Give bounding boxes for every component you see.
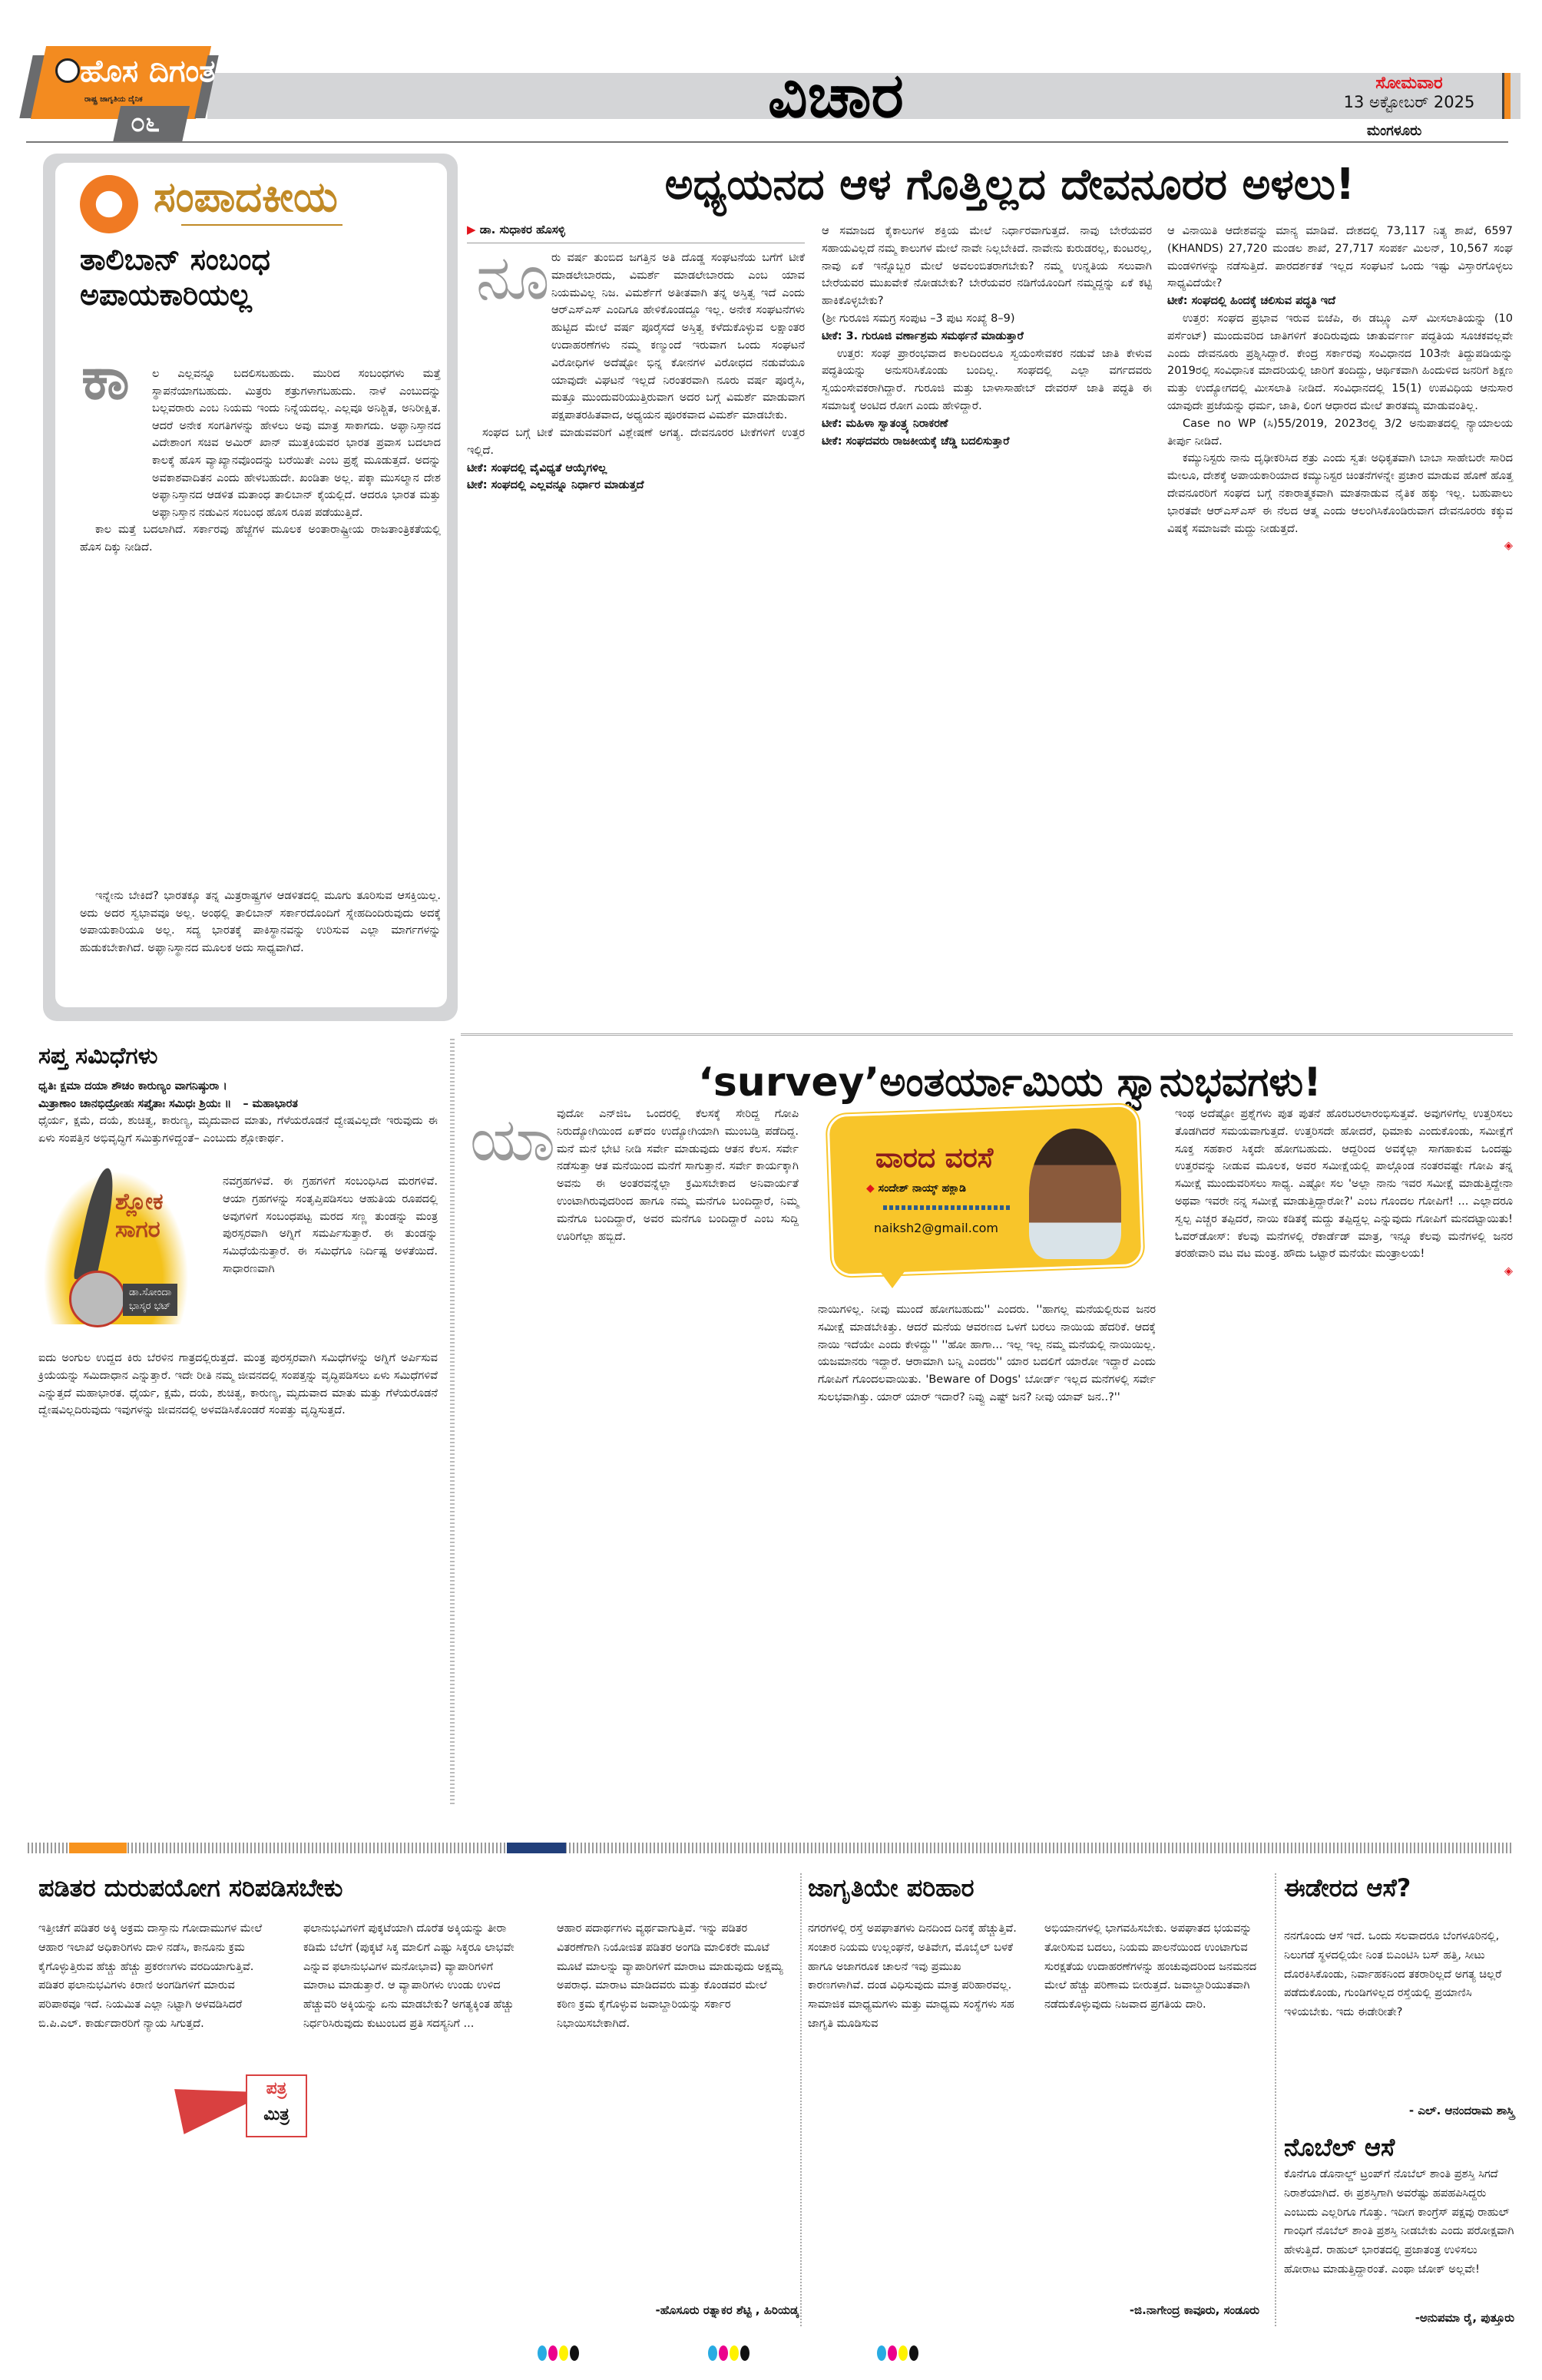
end-mark-icon: ◈ <box>1504 1265 1513 1278</box>
author-name: ಸಂದೇಶ್ ನಾಯ್ಕ್ ಹಕ್ಲಾಡಿ <box>879 1182 966 1195</box>
ornament-divider <box>181 224 342 226</box>
column-box-label: ವಾರದ ವರಸೆ <box>875 1142 993 1175</box>
paragraph: ಉತ್ತರ: ಸಂಘ ಪ್ರಾರಂಭವಾದ ಕಾಲದಿಂದಲೂ ಸ್ವಯಂಸೇವ… <box>822 345 1152 415</box>
survey-headline: ‘survey’ಅಂತರ್ಯಾಮಿಯ ಸ್ವಾನುಭವಗಳು! <box>499 1059 1520 1106</box>
editorial-headline: ತಾಲಿಬಾನ್ ಸಂಬಂಧ ಅಪಾಯಕಾರಿಯಲ್ಲ <box>80 242 441 312</box>
strip-orange-block <box>69 1843 127 1853</box>
main-column-2: ಆ ಸಮಾಜದ ಕೈಕಾಲುಗಳ ಶಕ್ತಿಯ ಮೇಲೆ ನಿರ್ಧಾರವಾಗು… <box>822 223 1152 450</box>
letter-column: ಕೊನೆಗೂ ಡೊನಾಲ್ಡ್ ಟ್ರಂಪ್‌ಗೆ ನೊಬೆಲ್ ಶಾಂತಿ ಪ… <box>1284 2165 1514 2279</box>
subhead: ಟೀಕೆ: ಸಂಘದವರು ರಾಜಕೀಯಕ್ಕೆ ಚೆಡ್ಡಿ ಬದಲಿಸುತ್… <box>822 433 1152 451</box>
letter-signature: -ಜಿ.ನಾಗೇಂದ್ರ ಕಾವೂರು, ಸಂಡೂರು <box>1014 2303 1259 2317</box>
cmyk-registration-mark <box>877 2345 918 2361</box>
letter-headline: ನೊಬೆಲ್ ಆಸೆ <box>1284 2133 1395 2163</box>
paragraph: ಆ ವಿನಾಯಿತಿ ಆದೇಶವನ್ನು ಮಾನ್ಯ ಮಾಡಿವೆ. ದೇಶದಲ… <box>1167 223 1513 293</box>
paragraph: Case no WP (ಸಿ)55/2019, 2023ರಲ್ಲಿ 3/2 ಅನ… <box>1167 415 1513 451</box>
bubble-tail <box>875 1265 909 1288</box>
magenta-dot <box>888 2345 897 2361</box>
editorial-drop-cap: ಕಾ <box>81 344 130 414</box>
column-box-author: ◆ ಸಂದೇಶ್ ನಾಯ್ಕ್ ಹಕ್ಲಾಡಿ <box>866 1182 966 1195</box>
bullet-icon: ◆ <box>866 1182 875 1195</box>
cyan-dot <box>538 2345 547 2361</box>
byline-marker-icon: ▶ <box>467 223 476 236</box>
letter-signature: - ಎಲ್. ಆನಂದರಾಮ ಶಾಸ್ತ್ರಿ <box>1284 2104 1514 2117</box>
shloka-body-text: ಐದು ಅಂಗುಲ ಉದ್ದದ ಕಿರು ಬೆರಳಿನ ಗಾತ್ರದಲ್ಲಿರು… <box>38 1350 438 1420</box>
column-divider <box>1275 1873 1276 2326</box>
author-photo <box>69 1271 126 1327</box>
citation: (ಶ್ರೀ ಗುರೂಜಿ ಸಮಗ್ರ ಸಂಪುಟ –3 ಪುಟ ಸಂಖ್ಯೆ 8… <box>822 310 1152 328</box>
editorial-emblem-icon <box>80 175 138 233</box>
yellow-dot <box>898 2345 908 2361</box>
survey-column-1: ವುದೋ ಎನ್‌ಜಿಒ ಒಂದರಲ್ಲಿ ಕೆಲಸಕ್ಕೆ ಸೇರಿದ್ದ ಗ… <box>468 1106 799 1245</box>
date: 13 ಅಕ್ಟೋಬರ್ 2025 <box>1321 93 1497 112</box>
black-dot <box>570 2345 579 2361</box>
masthead-rule <box>26 141 1508 143</box>
main-column-3: ಆ ವಿನಾಯಿತಿ ಆದೇಶವನ್ನು ಮಾನ್ಯ ಮಾಡಿವೆ. ದೇಶದಲ… <box>1167 223 1513 555</box>
verse-source: – ಮಹಾಭಾರತ <box>243 1098 298 1110</box>
main-headline: ಅಧ್ಯಯನದ ಆಳ ಗೊತ್ತಿಲ್ಲದ ದೇವನೂರರ ಅಳಲು! <box>499 160 1520 210</box>
black-dot <box>909 2345 918 2361</box>
editorial-paragraph: ಇನ್ನೇನು ಬೇಕಿದೆ? ಭಾರತಕ್ಕೂ ತನ್ನ ಮಿತ್ರರಾಷ್ಟ… <box>80 888 441 957</box>
paragraph: ಉತ್ತರ: ಸಂಘದ ಪ್ರಭಾವ ಇರುವ ಬಿಜೆಪಿ, ಈ ಡಬ್ಲ್ಯ… <box>1167 310 1513 415</box>
shloka-column-label: ಶ್ಲೋಕ ಸಾಗರ <box>115 1188 164 1244</box>
survey-column-2: ನಾಯಿಗಳಿಲ್ಲ. ನೀವು ಮುಂದೆ ಹೋಗಬಹುದು'' ಎಂದರು.… <box>818 1301 1156 1407</box>
shloka-title: ಸಪ್ತ ಸಮಿಧೆಗಳು <box>38 1043 157 1069</box>
paragraph: ಕಮ್ಯುನಿಸ್ಟರು ನಾನು ದೃಢೀಕರಿಸಿದ ಶತ್ರು ಎಂದು … <box>1167 450 1513 537</box>
black-dot <box>740 2345 749 2361</box>
paper-tagline: ರಾಷ್ಟ್ರ ಜಾಗೃತಿಯ ದೈನಿಕ <box>84 95 143 104</box>
shloka-author: ಡಾ.ಸೋಂದಾ ಭಾಸ್ಕರ ಭಟ್ <box>123 1284 177 1316</box>
column-divider <box>800 1873 802 2326</box>
date-accent-bar <box>1502 73 1511 119</box>
section-strip <box>28 1843 1514 1853</box>
author-line-2: ಭಾಸ್ಕರ ಭಟ್ <box>129 1300 171 1314</box>
label-line-2: ಮಿತ್ರ <box>247 2102 306 2128</box>
letters-column-label: ಪತ್ರ ಮಿತ್ರ <box>246 2074 307 2137</box>
editorial-label: ಸಂಪಾದಕೀಯ <box>154 173 338 222</box>
label-line-1: ಶ್ಲೋಕ <box>115 1188 164 1216</box>
letter-signature: -ಅನುಪಮಾ ರೈ, ಪುತ್ತೂರು <box>1284 2311 1514 2325</box>
paper-name: ಹೊಸ ದಿಗಂತ <box>80 54 215 89</box>
author-line-1: ಡಾ.ಸೋಂದಾ <box>129 1286 171 1300</box>
paragraph: ಇಂಥ ಅದೆಷ್ಟೋ ಪ್ರಶ್ನೆಗಳು ಪುತ ಪುತನೆ ಹೊರಬರಲಾ… <box>1175 1106 1513 1263</box>
dateline: ಸೋಮವಾರ 13 ಅಕ್ಟೋಬರ್ 2025 <box>1321 74 1497 112</box>
paper-emblem-icon <box>55 58 80 83</box>
yellow-dot <box>559 2345 568 2361</box>
end-mark-icon: ◈ <box>1504 540 1513 552</box>
page-number: ೦೬ <box>131 107 160 138</box>
letter-column: ಇತ್ತೀಚೆಗೆ ಪಡಿತರ ಅಕ್ಕಿ ಅಕ್ರಮ ದಾಸ್ತಾನು ಗೋದ… <box>38 1919 273 2034</box>
verse-meaning: ಧೈರ್ಯ, ಕ್ಷಮೆ, ದಯೆ, ಶುಚಿತ್ವ, ಕಾರುಣ್ಯ, ಮೃದ… <box>38 1112 438 1147</box>
paragraph: ವುದೋ ಎನ್‌ಜಿಒ ಒಂದರಲ್ಲಿ ಕೆಲಸಕ್ಕೆ ಸೇರಿದ್ದ ಗ… <box>468 1106 799 1245</box>
letter-column: ನನಗೊಂದು ಆಸೆ ಇದೆ. ಒಂದು ಸಲವಾದರೂ ಬೆಂಗಳೂರಿನಲ… <box>1284 1927 1514 2022</box>
strip-blue-block <box>507 1843 566 1853</box>
author-email[interactable]: naiksh2@gmail.com <box>874 1221 998 1235</box>
shloka-verse: ಧೃತಿಃ ಕ್ಷಮಾ ದಯಾ ಶೌಚಂ ಕಾರುಣ್ಯಂ ವಾಗನಿಷ್ಠುರ… <box>38 1078 438 1147</box>
column-divider <box>450 1036 455 1804</box>
letter-column: ಫಲಾನುಭವಿಗಳಿಗೆ ಪುಕ್ಕಟೆಯಾಗಿ ದೊರೆತ ಅಕ್ಕಿಯನ್… <box>303 1919 526 2034</box>
edition-city: ಮಂಗಳೂರು <box>1367 123 1421 139</box>
subhead: ಟೀಕೆ: 3. ಗುರೂಜಿ ವರ್ಣಾಶ್ರಮ ಸಮರ್ಥನೆ ಮಾಡುತ್… <box>822 328 1152 345</box>
paragraph: ಆ ಸಮಾಜದ ಕೈಕಾಲುಗಳ ಶಕ್ತಿಯ ಮೇಲೆ ನಿರ್ಧಾರವಾಗು… <box>822 223 1152 310</box>
survey-column-3: ಇಂಥ ಅದೆಷ್ಟೋ ಪ್ರಶ್ನೆಗಳು ಪುತ ಪುತನೆ ಹೊರಬರಲಾ… <box>1175 1106 1513 1281</box>
paragraph: ನಾಯಿಗಳಿಲ್ಲ. ನೀವು ಮುಂದೆ ಹೋಗಬಹುದು'' ಎಂದರು.… <box>818 1301 1156 1407</box>
subhead: ಟೀಕೆ: ಸಂಘದಲ್ಲಿ ವೈವಿಧ್ಯತೆ ಆಯ್ಕೆಗಳಿಲ್ಲ <box>467 460 805 478</box>
author-photo <box>1029 1129 1121 1259</box>
letter-headline: ಈಡೇರದ ಆಸೆ? <box>1284 1873 1411 1903</box>
ornament-divider <box>883 1205 1010 1210</box>
cmyk-registration-mark <box>538 2345 579 2361</box>
letter-headline: ಜಾಗೃತಿಯೇ ಪರಿಹಾರ <box>808 1873 975 1903</box>
main-column-1: ರು ವರ್ಷ ತುಂಬಿದ ಜಗತ್ತಿನ ಅತಿ ದೊಡ್ಡ ಸಂಘಟನೆಯ… <box>467 250 805 494</box>
author-name: ಡಾ. ಸುಧಾಕರ ಹೊಸಳ್ಳಿ <box>480 223 565 236</box>
section-title: ವಿಚಾರ <box>768 60 904 132</box>
editorial-body: ಲ ಎಲ್ಲವನ್ನೂ ಬದಲಿಸಬಹುದು. ಮುರಿದ ಸಂಬಂಧಗಳು ಮ… <box>80 365 441 557</box>
editorial-paragraph: ಕಾಲ ಮತ್ತೆ ಬದಲಾಗಿದೆ. ಸರ್ಕಾರವು ಹೆಜ್ಜೆಗಳ ಮೂ… <box>80 521 441 556</box>
subhead: ಟೀಕೆ: ಸಂಘದಲ್ಲಿ ಎಲ್ಲವನ್ನೂ ನಿರ್ಧಾರ ಮಾಡುತ್ತ… <box>467 477 805 494</box>
weekday: ಸೋಮವಾರ <box>1321 74 1497 93</box>
paragraph: ಸಂಘದ ಬಗ್ಗೆ ಟೀಕೆ ಮಾಡುವವರಿಗೆ ವಿಶ್ಲೇಷಣೆ ಅಗತ… <box>467 425 805 460</box>
verse-line-1: ಧೃತಿಃ ಕ್ಷಮಾ ದಯಾ ಶೌಚಂ ಕಾರುಣ್ಯಂ ವಾಗನಿಷ್ಠುರ… <box>38 1078 438 1096</box>
subhead: ಟೀಕೆ: ಸಂಘದಲ್ಲಿ ಹಿಂದಕ್ಕೆ ಚಲಿಸುವ ಪದ್ಧತಿ ಇದ… <box>1167 293 1513 310</box>
section-divider <box>461 1033 1513 1036</box>
verse-line-2: ಮಿತ್ರಾಣಾಂ ಚಾನಭಿದ್ರೋಹಃ ಸಪ್ತೈತಾಃ ಸಮಿಧಃ ಶ್ರ… <box>38 1098 231 1110</box>
letter-headline: ಪಡಿತರ ದುರುಪಯೋಗ ಸರಿಪಡಿಸಬೇಕು <box>38 1873 342 1903</box>
label-line-2: ಸಾಗರ <box>115 1216 164 1244</box>
letter-column: ನಗರಗಳಲ್ಲಿ ರಸ್ತೆ ಅಪಘಾತಗಳು ದಿನದಿಂದ ದಿನಕ್ಕೆ… <box>808 1919 1019 2034</box>
editorial-paragraph: ಲ ಎಲ್ಲವನ್ನೂ ಬದಲಿಸಬಹುದು. ಮುರಿದ ಸಂಬಂಧಗಳು ಮ… <box>80 365 441 521</box>
label-line-1: ಪತ್ರ <box>247 2076 306 2102</box>
letter-column: ಆಹಾರ ಪದಾರ್ಥಗಳು ವ್ಯರ್ಥವಾಗುತ್ತಿವೆ. ಇನ್ನು ಪ… <box>557 1919 787 2034</box>
letter-column: ಅಭಿಯಾನಗಳಲ್ಲಿ ಭಾಗವಹಿಸಬೇಕು. ಅಪಘಾತದ ಭಯವನ್ನು… <box>1044 1919 1263 2015</box>
subhead: ಟೀಕೆ: ಮಹಿಳಾ ಸ್ವಾತಂತ್ರ್ಯ ನಿರಾಕರಣೆ <box>822 415 1152 433</box>
shloka-wrap-text: ನವಗ್ರಹಗಳಿವೆ. ಈ ಗ್ರಹಗಳಿಗೆ ಸಂಬಂಧಿಸಿದ ಮರಗಳಿ… <box>223 1173 438 1278</box>
paragraph: ರು ವರ್ಷ ತುಂಬಿದ ಜಗತ್ತಿನ ಅತಿ ದೊಡ್ಡ ಸಂಘಟನೆಯ… <box>467 250 805 425</box>
byline: ▶ ಡಾ. ಸುಧಾಕರ ಹೊಸಳ್ಳಿ <box>467 223 565 236</box>
magenta-dot <box>548 2345 558 2361</box>
letter-signature: -ಹೊಸೂರು ರತ್ನಾಕರ ಶೆಟ್ಟಿ , ಹಿರಿಯಡ್ಕ <box>553 2303 799 2317</box>
yellow-dot <box>730 2345 739 2361</box>
cmyk-registration-mark <box>708 2345 749 2361</box>
magenta-dot <box>719 2345 728 2361</box>
cyan-dot <box>708 2345 717 2361</box>
cyan-dot <box>877 2345 886 2361</box>
